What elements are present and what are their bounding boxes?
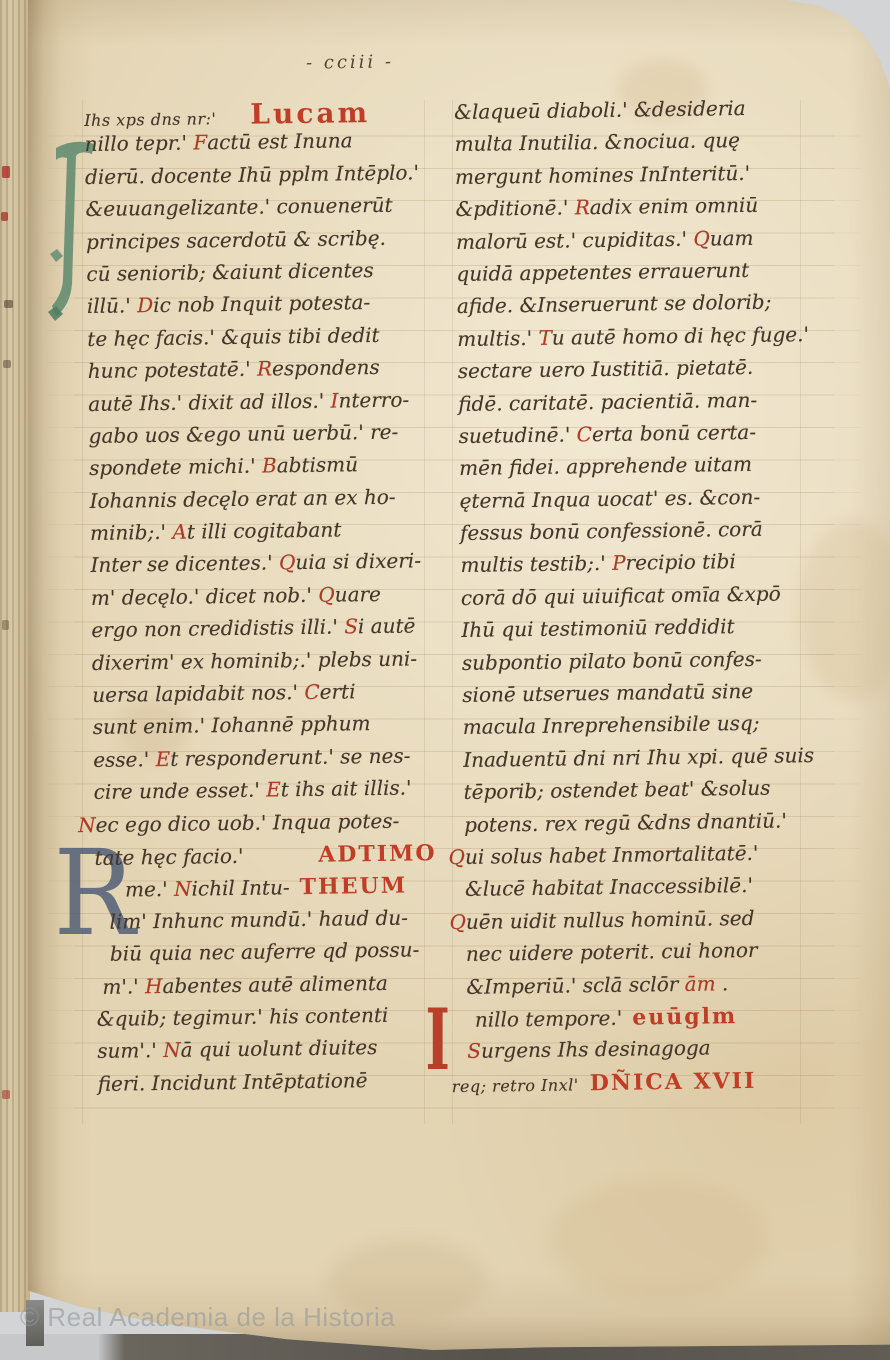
text-line: ergo non credidistis illi.' Si autē [91, 613, 433, 650]
body-text: uēn uidit nullus hominū. sed [466, 906, 755, 934]
text-column-left: Ihs xps dns nr:'Lucamnillo tepr.' Factū … [84, 95, 440, 1104]
body-text: ergo non credidistis illi.' [91, 615, 344, 643]
body-text: ec ego dico uob.' Inqua potes- [95, 808, 399, 836]
body-text: me.' [125, 877, 174, 902]
parchment-page: - cciii - I R I Ihs xps dns nr:'Lucamnil… [28, 0, 890, 1350]
body-text: ā qui uolunt diuites [180, 1035, 377, 1062]
red-initial: N [174, 877, 192, 901]
body-text: t ihs ait illis.' [281, 776, 412, 802]
column-rule-mid2 [452, 100, 453, 1124]
text-line: Nec ego dico uob.' Inqua potes- [94, 808, 436, 845]
manuscript-photo: - cciii - I R I Ihs xps dns nr:'Lucamnil… [0, 0, 890, 1360]
body-text: spondete michi.' [89, 454, 262, 480]
edge-text-speck [1, 212, 8, 221]
body-text: ic nob Inquit potesta- [153, 290, 370, 317]
rubric-text: euūglm [632, 1003, 737, 1030]
body-text: mergunt homines InInteritū.' [455, 161, 750, 189]
text-line: fessus bonū confessionē. corā [460, 516, 816, 553]
body-text: actū est Inuna [207, 129, 353, 155]
text-line: cū seniorib; &aiunt dicentes [86, 257, 428, 294]
body-text: te hęc facis.' &quis tibi dedit [87, 323, 380, 351]
body-text: dixerim' ex hominib;.' plebs uni- [92, 646, 418, 675]
body-text: t responderunt.' se nes- [170, 743, 410, 770]
body-text: abtismū [277, 453, 359, 478]
red-initial: Q [318, 582, 335, 606]
text-line: sionē utserues mandatū sine [462, 678, 818, 715]
red-initial: E [266, 778, 281, 802]
red-initial: E [155, 747, 170, 771]
text-line: &pditionē.' Radix enim omniū [455, 192, 811, 229]
red-initial: Q [449, 910, 466, 934]
text-line: Iohannis decęlo erat an ex ho- [89, 484, 431, 521]
text-line: multis.' Tu autē homo di hęc fuge.' [457, 322, 813, 359]
body-text: fessus bonū confessionē. corā [460, 517, 763, 545]
text-line: Ihs xps dns nr:'Lucam [84, 95, 426, 132]
text-line: Quēn uidit nullus hominū. sed [465, 905, 821, 942]
body-text: nillo tempore.' [475, 1006, 623, 1032]
text-line: nillo tempore.'euūglm [467, 1002, 823, 1039]
parchment-stain [548, 1180, 768, 1300]
edge-text-speck [2, 166, 10, 178]
text-line: gabo uos &ego unū uerbū.' re- [89, 419, 431, 456]
body-text: minib;.' [90, 520, 173, 545]
body-text: afide. &Inseruerunt se dolorib; [457, 290, 772, 318]
body-text: urgens Ihs desinagoga [481, 1036, 711, 1063]
text-line: mēn fidei. apprehende uitam [459, 451, 815, 488]
body-text: &euuangelizante.' conuenerūt [85, 193, 392, 221]
body-text: sectare uero Iustitiā. pietatē. [458, 355, 754, 383]
body-text: t illi cogitabant [187, 518, 342, 544]
body-text: u autē homo di hęc fuge.' [552, 322, 809, 350]
text-line: afide. &Inseruerunt se dolorib; [457, 289, 813, 326]
red-initial: S [344, 614, 358, 638]
body-text: uam [710, 225, 754, 250]
text-line: me.' Nichil Intu-THEUM [95, 873, 437, 910]
red-initial: ām [685, 971, 716, 995]
red-initial: A [172, 520, 187, 544]
body-text: gabo uos &ego unū uerbū.' re- [89, 420, 399, 448]
text-column-right: &laqueū diaboli.' &desideriamulta Inutil… [454, 95, 824, 1104]
text-line: fieri. Incidunt Intēptationē [98, 1067, 440, 1104]
body-text: nec uidere poterit. cui honor [466, 938, 758, 966]
text-line: principes sacerdotū & scribę. [86, 225, 428, 262]
text-line: subpontio pilato bonū confes- [462, 646, 818, 683]
text-line: suetudinē.' Certa bonū certa- [459, 419, 815, 456]
text-line: &Imperiū.' sclā sclōr ām . [466, 969, 822, 1006]
body-text: &Imperiū.' sclā sclōr [466, 971, 685, 998]
body-text: sum'.' [97, 1038, 163, 1063]
body-text: uia si dixeri- [295, 549, 421, 575]
text-line: dierū. docente Ihū pplm Intēplo.' [85, 160, 427, 197]
body-text: lim' Inhunc mundū.' haud du- [109, 905, 408, 933]
text-line: illū.' Dic nob Inquit potesta- [87, 290, 429, 327]
body-text: cū seniorib; &aiunt dicentes [86, 258, 374, 286]
red-initial: R [575, 195, 590, 219]
body-text: m' decęlo.' dicet nob.' [91, 583, 319, 610]
body-text: &pditionē.' [455, 195, 575, 221]
edge-text-speck [2, 620, 9, 630]
body-text: ui solus habet Inmortalitatē.' [465, 841, 759, 869]
red-initial: F [193, 131, 207, 155]
text-line: multis testib;.' Precipio tibi [460, 548, 816, 585]
body-text: i autē [358, 614, 416, 639]
body-text: sionē utserues mandatū sine [462, 679, 753, 707]
body-text: m'.' [102, 974, 145, 999]
body-text: tēporib; ostendet beat' &solus [463, 776, 770, 804]
body-text: esse.' [93, 747, 156, 772]
body-text: Inter se dicentes.' [90, 551, 279, 578]
text-line: biū quia nec auferre qd possu- [96, 937, 438, 974]
body-text: &quib; tegimur.' his contenti [97, 1003, 389, 1031]
body-text: nillo tepr.' [84, 131, 193, 157]
body-text: subpontio pilato bonū confes- [462, 646, 762, 674]
body-text: ęternā Inqua uocat' es. &con- [459, 484, 760, 512]
text-line: multa Inutilia. &nociua. quę [454, 127, 810, 164]
red-initial: R [257, 357, 272, 381]
text-line: m'.' Habentes autē alimenta [96, 970, 438, 1007]
edge-text-speck [4, 300, 13, 308]
red-initial: C [577, 422, 593, 446]
body-text: cire unde esset.' [93, 778, 266, 804]
text-line: dixerim' ex hominib;.' plebs uni- [92, 646, 434, 683]
body-text: erti [319, 679, 355, 703]
text-line: Inaduentū dni nri Ihu xpi. quē suis [463, 743, 819, 780]
text-line: quidā appetentes errauerunt [456, 257, 812, 294]
body-text: Iohannis decęlo erat an ex ho- [89, 484, 395, 512]
folio-number: - cciii - [306, 51, 394, 73]
rubric-text: Lucam [250, 96, 370, 131]
body-text: suetudinē.' [459, 422, 577, 448]
body-text: ichil Intu- [191, 876, 289, 901]
body-text: mēn fidei. apprehende uitam [459, 452, 752, 480]
body-text: tate hęc facio.' [94, 844, 243, 870]
body-text: . [715, 971, 728, 995]
text-line: req; retro Inxl' DÑICA XVII [468, 1067, 824, 1104]
red-initial: N [78, 813, 96, 837]
body-text: autē Ihs.' dixit ad illos.' [88, 388, 331, 415]
edge-text-speck [3, 360, 11, 368]
body-text: potens. rex regū &dns dnantiū.' [464, 808, 787, 837]
body-text: corā dō qui uiuificat omīa &xpō [461, 581, 781, 609]
text-line: Inter se dicentes.' Quia si dixeri- [90, 549, 432, 586]
body-text: Inaduentū dni nri Ihu xpi. quē suis [463, 743, 814, 772]
text-line: tēporib; ostendet beat' &solus [463, 775, 819, 812]
body-text: Ihū qui testimoniū reddidit [461, 614, 734, 642]
body-text: Ihs xps dns nr:' [84, 109, 216, 130]
text-line: Ihū qui testimoniū reddidit [461, 613, 817, 650]
body-text: espondens [272, 355, 380, 381]
body-text: uare [335, 582, 382, 607]
red-initial: T [538, 325, 552, 349]
red-initial: D [137, 293, 153, 317]
body-text: dierū. docente Ihū pplm Intēplo.' [85, 160, 419, 189]
body-text: macula Inreprehensibile usq; [463, 711, 760, 739]
body-text: nterro- [338, 387, 409, 412]
body-text: principes sacerdotū & scribę. [86, 225, 386, 253]
text-line: corā dō qui uiuificat omīa &xpō [461, 581, 817, 618]
red-initial: C [304, 680, 320, 704]
body-text: recipio tibi [625, 550, 736, 576]
text-line: m' decęlo.' dicet nob.' Quare [91, 581, 433, 618]
text-line: macula Inreprehensibile usq; [463, 710, 819, 747]
body-text: sunt enim.' Iohannē pphum [93, 711, 371, 739]
text-line: malorū est.' cupiditas.' Quam [456, 225, 812, 262]
text-line: sum'.' Nā qui uolunt diuites [97, 1034, 439, 1071]
text-line: ęternā Inqua uocat' es. &con- [459, 484, 815, 521]
text-line: &laqueū diaboli.' &desideria [454, 95, 810, 132]
red-initial: Q [693, 226, 710, 250]
text-line: minib;.' At illi cogitabant [90, 516, 432, 553]
body-text: hunc potestatē.' [88, 357, 258, 383]
body-text: req; retro Inxl' [452, 1075, 590, 1096]
body-text: &lucē habitat Inaccessibilē.' [465, 873, 753, 901]
text-line: Qui solus habet Inmortalitatē.' [464, 840, 820, 877]
text-line: Surgens Ihs desinagoga [467, 1034, 823, 1071]
body-text: erta bonū certa- [592, 420, 756, 446]
body-text: malorū est.' cupiditas.' [456, 226, 694, 253]
red-initial: P [612, 551, 626, 575]
body-text: multis testib;.' [460, 551, 612, 577]
body-text: multis.' [457, 326, 538, 351]
body-text: illū.' [87, 294, 138, 319]
text-line: &euuangelizante.' conuenerūt [85, 192, 427, 229]
text-line: &lucē habitat Inaccessibilē.' [465, 872, 821, 909]
text-line: &quib; tegimur.' his contenti [97, 1002, 439, 1039]
text-line: te hęc facis.' &quis tibi dedit [87, 322, 429, 359]
text-line: fidē. caritatē. pacientiā. man- [458, 387, 814, 424]
body-text: uersa lapidabit nos.' [92, 680, 304, 707]
text-line: spondete michi.' Babtismū [89, 451, 431, 488]
book-page-edges [0, 0, 30, 1312]
text-line: tate hęc facio.'ADTIMO [94, 840, 436, 877]
text-line: hunc potestatē.' Respondens [88, 354, 430, 391]
body-text: &laqueū diaboli.' &desideria [454, 96, 746, 124]
red-initial: Q [279, 551, 296, 575]
red-initial: N [163, 1038, 181, 1062]
red-initial: H [145, 974, 163, 998]
text-line: lim' Inhunc mundū.' haud du- [95, 905, 437, 942]
body-text: adix enim omniū [590, 193, 759, 219]
text-line: mergunt homines InInteritū.' [455, 160, 811, 197]
body-text: biū quia nec auferre qd possu- [110, 938, 420, 966]
body-text: multa Inutilia. &nociua. quę [454, 128, 740, 156]
body-text: abentes autē alimenta [162, 970, 388, 997]
text-line: sectare uero Iustitiā. pietatē. [458, 354, 814, 391]
text-line: uersa lapidabit nos.' Certi [92, 678, 434, 715]
watermark-text: © Real Academia de la Historia [20, 1302, 395, 1333]
text-line: potens. rex regū &dns dnantiū.' [464, 808, 820, 845]
text-line: esse.' Et responderunt.' se nes- [93, 743, 435, 780]
edge-text-speck [2, 1090, 10, 1099]
text-line: nillo tepr.' Factū est Inuna [84, 128, 426, 165]
rubric-text: ADTIMO [318, 840, 437, 868]
rubric-text: THEUM [299, 873, 407, 900]
body-text: quidā appetentes errauerunt [456, 258, 749, 286]
red-initial: Q [448, 845, 465, 869]
text-line: cire unde esset.' Et ihs ait illis.' [93, 775, 435, 812]
text-line: nec uidere poterit. cui honor [466, 937, 822, 974]
body-text: fidē. caritatē. pacientiā. man- [458, 387, 757, 415]
text-line: sunt enim.' Iohannē pphum [93, 711, 435, 748]
rubric-text: DÑICA XVII [590, 1068, 757, 1096]
text-line: autē Ihs.' dixit ad illos.' Interro- [88, 387, 430, 424]
body-text: fieri. Incidunt Intēptationē [98, 1068, 368, 1096]
red-initial: B [262, 454, 277, 478]
red-initial: S [467, 1039, 481, 1063]
